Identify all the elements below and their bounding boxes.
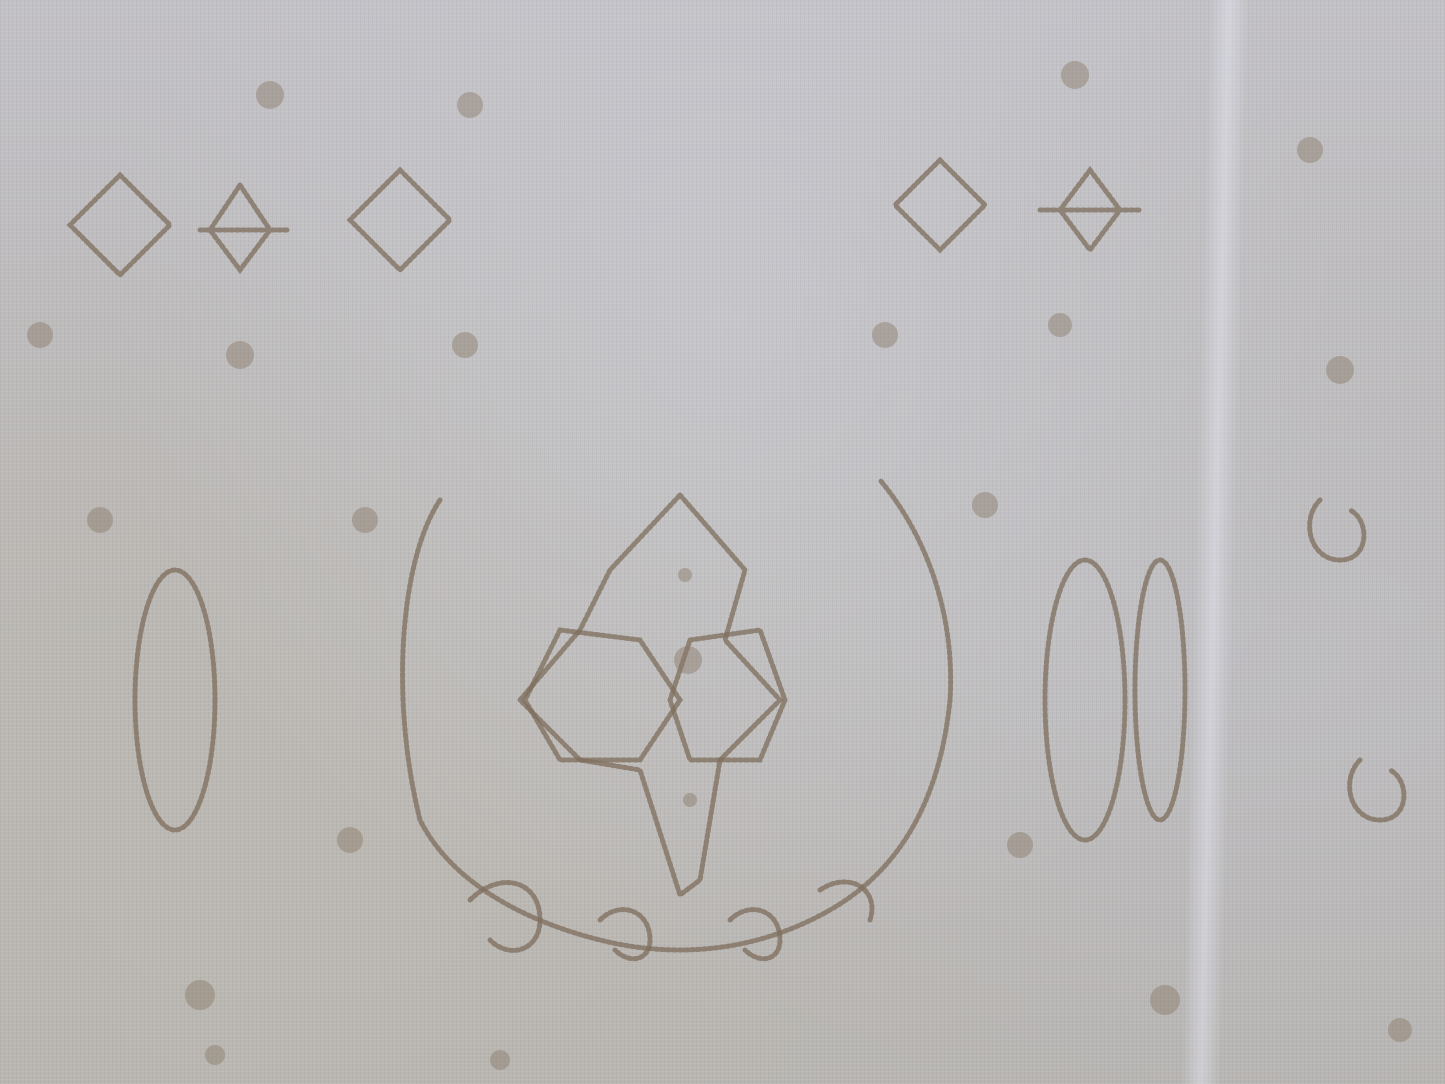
central-medallion xyxy=(403,480,951,950)
rug-photo xyxy=(0,0,1445,1084)
side-ovals xyxy=(135,560,1185,840)
top-motifs xyxy=(70,160,1140,275)
rug-motifs xyxy=(0,0,1445,1084)
rosettes xyxy=(27,61,1412,1070)
